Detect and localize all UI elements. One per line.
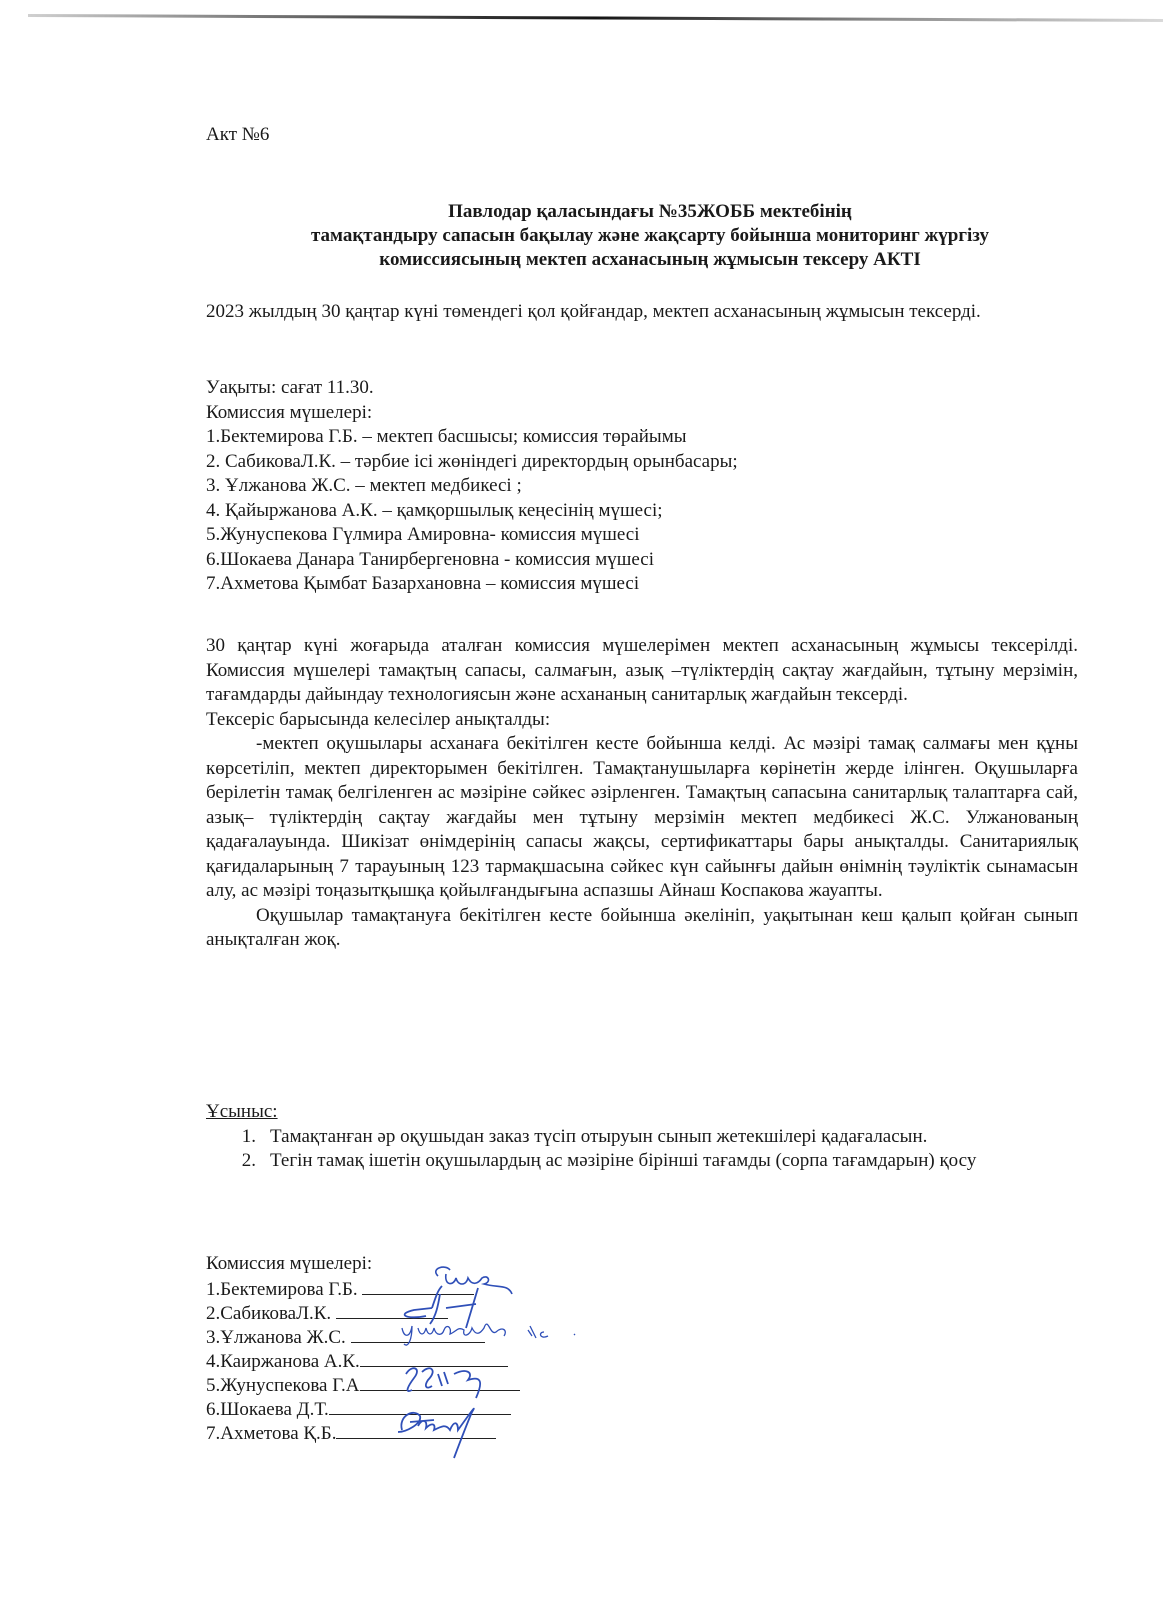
findings-heading: Тексеріс барысында келесілер анықталды: xyxy=(206,708,1078,733)
member-item: 2. СабиковаЛ.К. – тәрбие ісі жөніндегі д… xyxy=(206,450,1078,475)
time-and-members: Уақыты: сағат 11.30. Комиссия мүшелері: … xyxy=(206,376,1078,597)
recommendation-number: 2. xyxy=(206,1149,270,1174)
handwritten-signature-icon xyxy=(398,1312,588,1353)
signature-row: 5.Жунуспекова Г.А xyxy=(206,1372,1078,1396)
members-list: 1.Бектемирова Г.Б. – мектеп басшысы; ком… xyxy=(206,425,1078,597)
recommendation-text: Тамақтанған әр оқушыдан заказ түсіп отыр… xyxy=(270,1125,1078,1150)
signer-name: 7.Ахметова Қ.Б. xyxy=(206,1423,336,1444)
signatures-heading: Комиссия мүшелері: xyxy=(206,1252,1078,1276)
signature-row: 6.Шокаева Д.Т. xyxy=(206,1396,1078,1420)
member-item: 5.Жунуспекова Гүлмира Амировна- комиссия… xyxy=(206,523,1078,548)
signer-name: 6.Шокаева Д.Т. xyxy=(206,1399,329,1420)
signer-name: 4.Каиржанова А.К. xyxy=(206,1351,360,1372)
findings-paragraph-2: -мектеп оқушылары асханаға бекітілген ке… xyxy=(206,732,1078,904)
recommendations-section: Ұсыныс: 1. Тамақтанған әр оқушыдан заказ… xyxy=(206,1100,1078,1174)
title-line-1: Павлодар қаласындағы №35ЖОББ мектебінің xyxy=(200,200,1100,224)
signature-row: 1.Бектемирова Г.Б. xyxy=(206,1276,1078,1300)
member-item: 4. Қайыржанова А.К. – қамқоршылық кеңесі… xyxy=(206,499,1078,524)
recommendation-number: 1. xyxy=(206,1125,270,1150)
findings-paragraph-3: Оқушылар тамақтануға бекітілген кесте бо… xyxy=(206,904,1078,953)
recommendation-item: 1. Тамақтанған әр оқушыдан заказ түсіп о… xyxy=(206,1125,1078,1150)
recommendation-text: Тегін тамақ ішетін оқушылардың ас мәзірі… xyxy=(270,1149,1078,1174)
document-title: Павлодар қаласындағы №35ЖОББ мектебінің … xyxy=(200,200,1100,272)
signer-name: 2.СабиковаЛ.К. xyxy=(206,1303,336,1324)
member-item: 7.Ахметова Қымбат Базархановна – комисси… xyxy=(206,572,1078,597)
signature-row: 7.Ахметова Қ.Б. xyxy=(206,1420,1078,1444)
findings-section: 30 қаңтар күні жоғарыда аталған комиссия… xyxy=(206,634,1078,953)
signature-row: 2.СабиковаЛ.К. xyxy=(206,1300,1078,1324)
signer-name: 1.Бектемирова Г.Б. xyxy=(206,1279,362,1300)
signature-row: 4.Каиржанова А.К. xyxy=(206,1348,1078,1372)
title-line-2: тамақтандыру сапасын бақылау және жақсар… xyxy=(200,224,1100,248)
recommendations-heading: Ұсыныс: xyxy=(206,1100,1078,1125)
recommendation-item: 2. Тегін тамақ ішетін оқушылардың ас мәз… xyxy=(206,1149,1078,1174)
title-line-3: комиссиясының мектеп асханасының жұмысын… xyxy=(200,248,1100,272)
signatures-section: Комиссия мүшелері: 1.Бектемирова Г.Б. 2.… xyxy=(206,1252,1078,1444)
scan-top-edge-line xyxy=(28,14,1163,22)
act-number: Акт №6 xyxy=(206,124,269,146)
signature-row: 3.Ұлжанова Ж.С. xyxy=(206,1324,1078,1348)
member-item: 6.Шокаева Данара Танирбергеновна - комис… xyxy=(206,548,1078,573)
signer-name: 5.Жунуспекова Г.А xyxy=(206,1375,360,1396)
handwritten-signature-icon xyxy=(392,1402,502,1468)
member-item: 3. Ұлжанова Ж.С. – мектеп медбикесі ; xyxy=(206,474,1078,499)
intro-paragraph: 2023 жылдың 30 қаңтар күні төмендегі қол… xyxy=(206,300,1056,325)
members-heading: Комиссия мүшелері: xyxy=(206,401,1078,426)
signer-name: 3.Ұлжанова Ж.С. xyxy=(206,1327,351,1348)
recommendations-list: 1. Тамақтанған әр оқушыдан заказ түсіп о… xyxy=(206,1125,1078,1174)
member-item: 1.Бектемирова Г.Б. – мектеп басшысы; ком… xyxy=(206,425,1078,450)
time-text: Уақыты: сағат 11.30. xyxy=(206,376,1078,401)
findings-paragraph-1: 30 қаңтар күні жоғарыда аталған комиссия… xyxy=(206,634,1078,708)
